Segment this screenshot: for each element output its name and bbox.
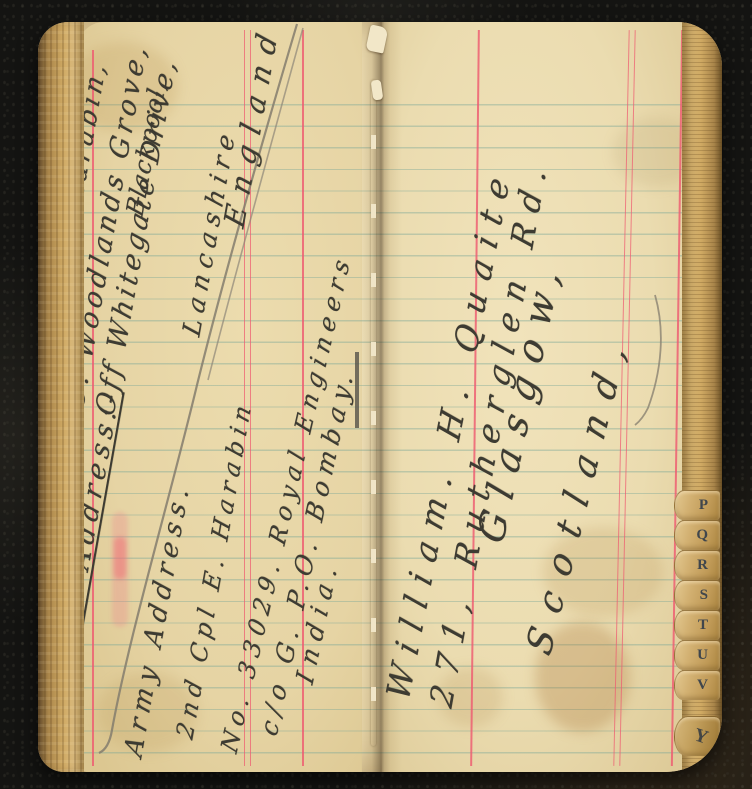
tab-letter: P (699, 497, 708, 514)
index-tab-v: V (674, 670, 720, 700)
index-tab-s: S (674, 580, 720, 610)
binding-stitches (371, 80, 376, 746)
tab-letter: S (700, 587, 708, 604)
pink-ink-smear (114, 537, 126, 579)
index-tab-y: Y (674, 716, 720, 756)
open-notebook-pages: Home Address:- Mr. Ernest Harabin, 5. Wo… (38, 22, 722, 772)
tab-letter: V (697, 677, 708, 694)
tab-letter: T (698, 617, 708, 634)
index-tab-t: T (674, 610, 720, 640)
tab-letter: R (697, 557, 708, 574)
tab-letter: U (697, 647, 708, 664)
index-tab-p: P (674, 490, 720, 520)
tab-letter: Q (696, 527, 708, 544)
page-edges-left (38, 22, 84, 772)
tab-letter: Y (691, 724, 711, 749)
notebook-scan: { "left_page": { "home_label": "Home Add… (0, 0, 752, 789)
index-tab-q: Q (674, 520, 720, 550)
index-tab-r: R (674, 550, 720, 580)
index-tab-u: U (674, 640, 720, 670)
